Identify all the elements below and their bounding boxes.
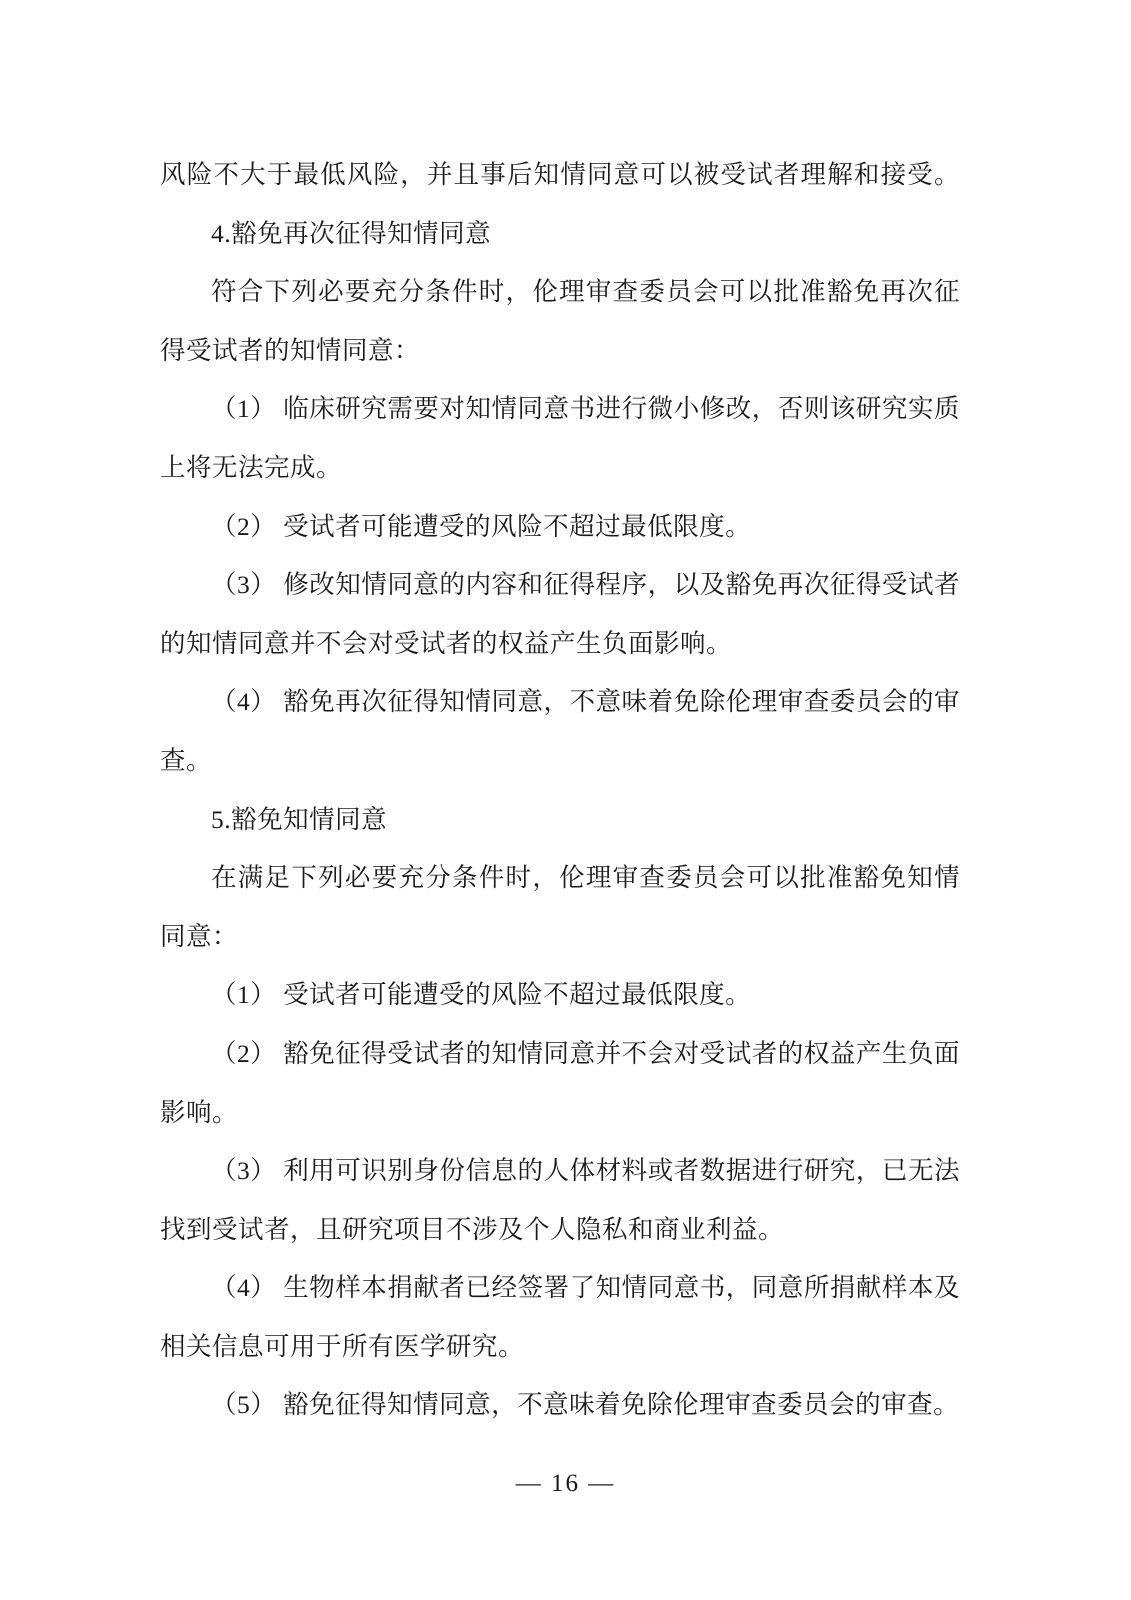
text-line: （1） 临床研究需要对知情同意书进行微小修改，否则该研究实质 <box>160 380 960 439</box>
text-line: 相关信息可用于所有医学研究。 <box>160 1318 960 1377</box>
text-line: 风险不大于最低风险，并且事后知情同意可以被受试者理解和接受。 <box>160 146 960 205</box>
text-line: （3） 修改知情同意的内容和征得程序，以及豁免再次征得受试者 <box>160 556 960 615</box>
document-page: 风险不大于最低风险，并且事后知情同意可以被受试者理解和接受。 4.豁免再次征得知… <box>0 0 1131 1600</box>
page-number: — 16 — <box>516 1470 616 1497</box>
text-line: （2） 豁免征得受试者的知情同意并不会对受试者的权益产生负面 <box>160 1025 960 1084</box>
text-line: （2） 受试者可能遭受的风险不超过最低限度。 <box>160 498 960 557</box>
text-line: （4） 生物样本捐献者已经签署了知情同意书，同意所捐献样本及 <box>160 1259 960 1318</box>
text-line: （5） 豁免征得知情同意，不意味着免除伦理审查委员会的审查。 <box>160 1376 960 1435</box>
text-line: 的知情同意并不会对受试者的权益产生负面影响。 <box>160 615 960 674</box>
text-line: 影响。 <box>160 1084 960 1143</box>
text-line: 查。 <box>160 732 960 791</box>
text-content: 风险不大于最低风险，并且事后知情同意可以被受试者理解和接受。 4.豁免再次征得知… <box>160 146 960 1435</box>
text-line: （1） 受试者可能遭受的风险不超过最低限度。 <box>160 966 960 1025</box>
text-line: 找到受试者，且研究项目不涉及个人隐私和商业利益。 <box>160 1201 960 1260</box>
text-line: 在满足下列必要充分条件时，伦理审查委员会可以批准豁免知情 <box>160 849 960 908</box>
text-line: 得受试者的知情同意： <box>160 322 960 381</box>
text-line: 同意： <box>160 908 960 967</box>
page-footer: — 16 — <box>0 1455 1131 1513</box>
text-line: 上将无法完成。 <box>160 439 960 498</box>
text-line: （4） 豁免再次征得知情同意，不意味着免除伦理审查委员会的审 <box>160 673 960 732</box>
section-heading: 4.豁免再次征得知情同意 <box>160 205 960 264</box>
text-line: 符合下列必要充分条件时，伦理审查委员会可以批准豁免再次征 <box>160 263 960 322</box>
text-line: （3） 利用可识别身份信息的人体材料或者数据进行研究，已无法 <box>160 1142 960 1201</box>
section-heading: 5.豁免知情同意 <box>160 791 960 850</box>
